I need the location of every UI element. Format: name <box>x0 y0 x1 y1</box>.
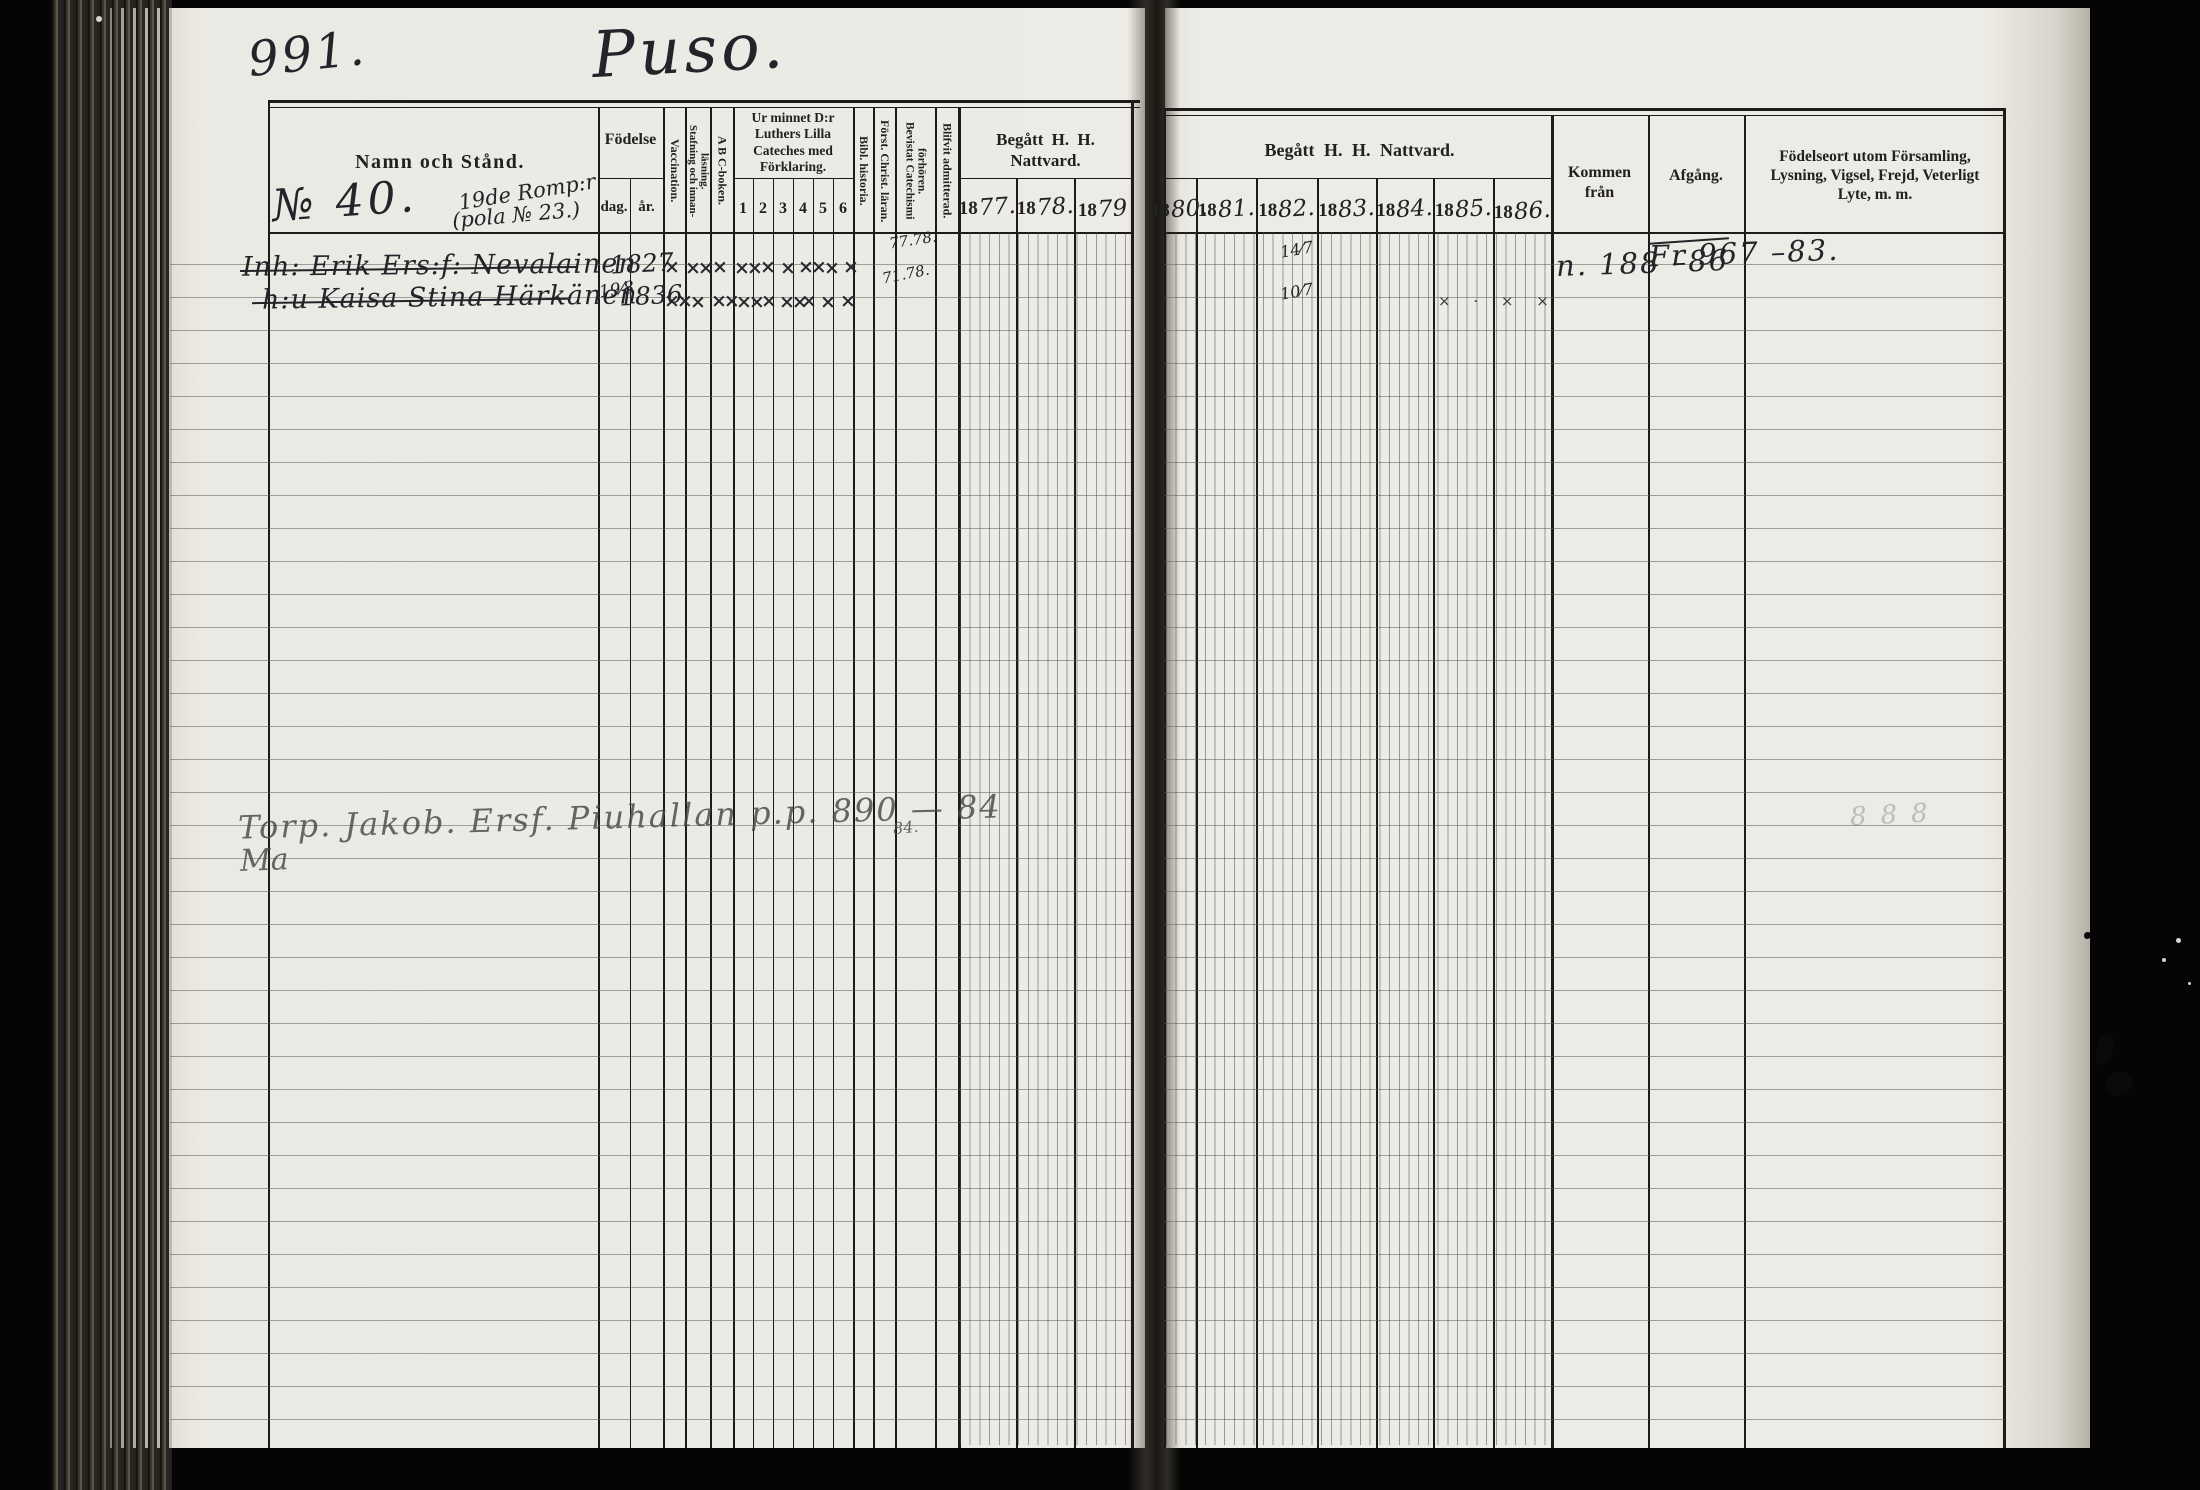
row2-name: h:u Kaisa Stina Härkänen <box>262 279 638 315</box>
year-printed: 18 <box>1494 202 1513 224</box>
birthplace-header: Födelseort utom Församling, Lysning, Vig… <box>1756 148 1994 205</box>
year-written: 86. <box>1513 197 1551 225</box>
dust-speck <box>2162 958 2166 962</box>
year-printed: 18 <box>1435 200 1454 222</box>
row2-mark: × <box>840 290 853 312</box>
christian-doctrine-column-header: Först. Christ. läran. <box>874 112 895 230</box>
year-printed: 18 <box>1078 200 1097 222</box>
page-title-script: Puso. <box>590 9 788 93</box>
birth-column-header: Födelse <box>598 130 663 150</box>
ink-blob <box>2106 1072 2132 1096</box>
book-spine-edge <box>52 0 172 1490</box>
year-1879: 1879 <box>1074 196 1131 222</box>
birth-day-subheader: dag. <box>598 198 630 216</box>
year-written: 83. <box>1337 195 1375 223</box>
catechism-subcol-4: 4 <box>793 199 813 219</box>
year-subcolumn-ticks <box>960 232 1130 1445</box>
row2-communion-marks: × · × × <box>1438 292 1558 310</box>
abc-book-column-header: A B C-boken. <box>711 112 733 230</box>
row1-mark: × <box>760 256 773 278</box>
year-1885: 1885. <box>1433 196 1493 222</box>
catechism-subcol-1: 1 <box>733 199 753 219</box>
pencil-note-line2: Ma <box>239 842 289 879</box>
catechism-subcol-5: 5 <box>813 199 833 219</box>
table-rule <box>268 107 1140 108</box>
year-written: 78. <box>1036 193 1074 221</box>
table-rule <box>1164 115 2005 116</box>
admitted-column-header: Blifvit admitterad. <box>936 112 958 230</box>
pencil-scribble-right: 888 <box>1849 798 1942 833</box>
row2-mark: ×× <box>664 290 690 312</box>
year-1884: 1884. <box>1376 196 1433 222</box>
row1-mark: ×× <box>798 256 824 278</box>
year-printed: 18 <box>1151 200 1170 222</box>
row1-mark: ×× <box>685 257 711 279</box>
departure-header: Afgång. <box>1648 166 1744 186</box>
year-subcolumn-ticks <box>1166 232 1550 1445</box>
communion-header-left: Begått H. H. Nattvard. <box>958 130 1133 171</box>
catechism-subcol-6: 6 <box>833 199 853 219</box>
dust-speck <box>96 16 102 22</box>
row1-mark: × <box>843 256 856 278</box>
row1-departure: Fr 967 –83. <box>1648 233 1839 274</box>
table-rule <box>1164 108 2005 111</box>
year-written: 84. <box>1395 195 1433 223</box>
year-printed: 18 <box>1318 200 1337 222</box>
catechism-subcol-2: 2 <box>753 199 773 219</box>
year-1877: 1877. <box>958 194 1016 220</box>
vaccination-column-header: Vaccination. <box>664 112 685 230</box>
row1-mark: ×× <box>734 257 760 279</box>
row1-name: Inh: Erik Ers:f: Nevalainen <box>242 248 637 282</box>
birth-year-subheader: år. <box>630 198 663 216</box>
year-1881: 1881. <box>1196 196 1256 222</box>
communion-header-right: Begått H. H. Nattvard. <box>1168 140 1551 162</box>
row1-mark: × <box>824 257 837 279</box>
year-1880: 1880. <box>1162 196 1196 222</box>
row2-mark: × <box>801 290 814 312</box>
year-1886: 1886. <box>1493 198 1551 224</box>
row2-mark: × <box>820 291 833 313</box>
year-written: 77. <box>978 193 1016 221</box>
scanned-parish-register: 991. Puso. Namn och Stånd. Födelse dag. … <box>0 0 2200 1490</box>
arrived-from-header: Kommen från <box>1551 163 1648 202</box>
year-written: 82. <box>1277 195 1315 223</box>
year-1882: 1882. <box>1256 196 1317 222</box>
year-1878: 1878. <box>1016 194 1074 220</box>
row2-mark: × <box>761 290 774 312</box>
catechism-subcol-3: 3 <box>773 199 793 219</box>
year-printed: 18 <box>1017 198 1036 220</box>
spelling-column-header: Stafning och innan-läsning. <box>686 112 710 230</box>
catechism-column-header: Ur minnet D:r Luthers Lilla Cateches med… <box>735 110 851 176</box>
row1-mark: × <box>712 256 725 278</box>
year-printed: 18 <box>959 198 978 220</box>
table-rule <box>268 100 1140 103</box>
year-1883: 1883. <box>1317 196 1376 222</box>
year-written: 85. <box>1454 195 1492 223</box>
year-written: 81. <box>1217 195 1255 223</box>
row1-mark: × <box>664 256 677 278</box>
household-number: № 40. <box>270 171 419 232</box>
year-written: 79 <box>1097 195 1128 223</box>
ink-blob <box>2093 1034 2116 1067</box>
year-printed: 18 <box>1376 200 1395 222</box>
row2-mark: ×× <box>736 291 762 313</box>
row1-mark: × <box>780 257 793 279</box>
dust-speck <box>2176 938 2181 943</box>
year-printed: 18 <box>1198 200 1217 222</box>
row2-mark: ×× <box>711 290 737 312</box>
catechism-exams-column-header: Bevistat Catechismi förhören. <box>896 112 935 230</box>
table-rule <box>1131 100 1134 1448</box>
bible-history-column-header: Bibl. historia. <box>854 112 873 230</box>
dust-speck <box>2188 982 2191 985</box>
year-printed: 18 <box>1258 200 1277 222</box>
pencil-note-mark: 84. <box>892 817 919 839</box>
table-rule <box>958 178 1131 179</box>
name-column-header: Namn och Stånd. <box>300 150 580 174</box>
row2-mark: × <box>690 291 703 313</box>
